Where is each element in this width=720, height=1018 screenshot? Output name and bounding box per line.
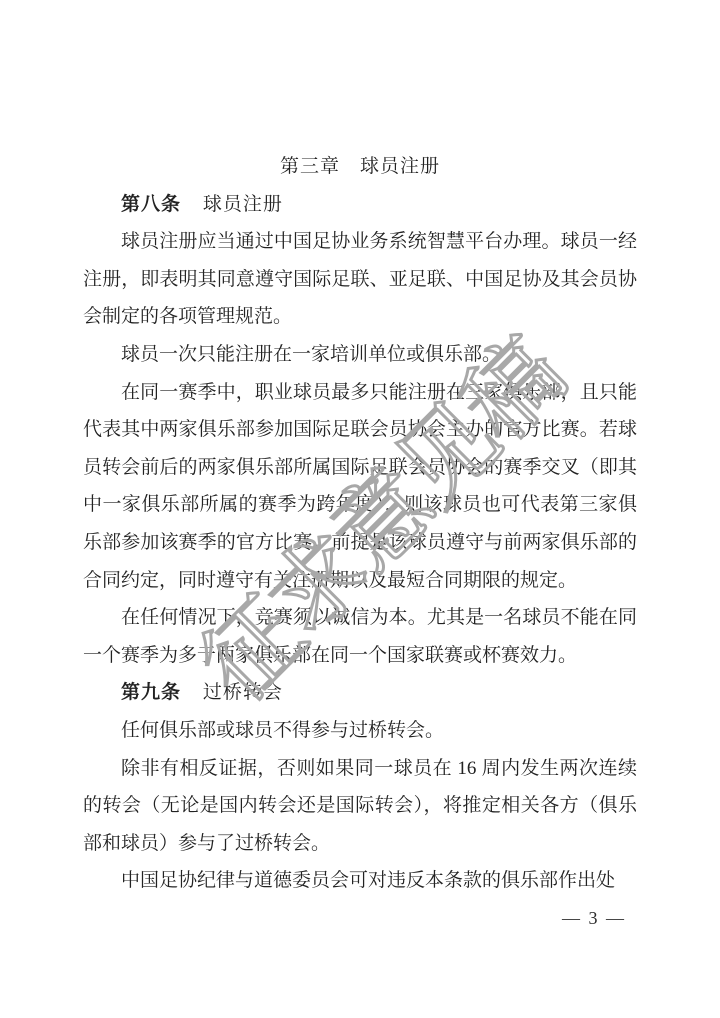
article-8-paragraph-2: 球员一次只能注册在一家培训单位或俱乐部。: [83, 336, 637, 374]
article-8-title: 球员注册: [203, 194, 283, 215]
article-8-heading: 第八条 球员注册: [83, 186, 637, 224]
article-9-heading: 第九条 过桥转会: [83, 674, 637, 712]
chapter-title: 第三章 球员注册: [83, 148, 637, 186]
document-page: 征求意见稿 第三章 球员注册 第八条 球员注册 球员注册应当通过中国足协业务系统…: [0, 0, 720, 1018]
article-8-paragraph-3: 在同一赛季中，职业球员最多只能注册在三家俱乐部，且只能代表其中两家俱乐部参加国际…: [83, 374, 637, 600]
article-8-number: 第八条: [121, 194, 181, 215]
article-9-number: 第九条: [121, 682, 181, 703]
article-8-paragraph-1: 球员注册应当通过中国足协业务系统智慧平台办理。球员一经注册，即表明其同意遵守国际…: [83, 223, 637, 336]
document-content: 第三章 球员注册 第八条 球员注册 球员注册应当通过中国足协业务系统智慧平台办理…: [83, 0, 637, 900]
article-8-paragraph-4: 在任何情况下，竞赛须以诚信为本。尤其是一名球员不能在同一个赛季为多于两家俱乐部在…: [83, 599, 637, 674]
page-number: — 3 —: [562, 908, 626, 929]
article-9-paragraph-2: 除非有相反证据，否则如果同一球员在 16 周内发生两次连续的转会（无论是国内转会…: [83, 750, 637, 863]
article-9-paragraph-1: 任何俱乐部或球员不得参与过桥转会。: [83, 712, 637, 750]
article-9-title: 过桥转会: [203, 682, 283, 703]
article-9-paragraph-3: 中国足协纪律与道德委员会可对违反本条款的俱乐部作出处: [83, 862, 637, 900]
